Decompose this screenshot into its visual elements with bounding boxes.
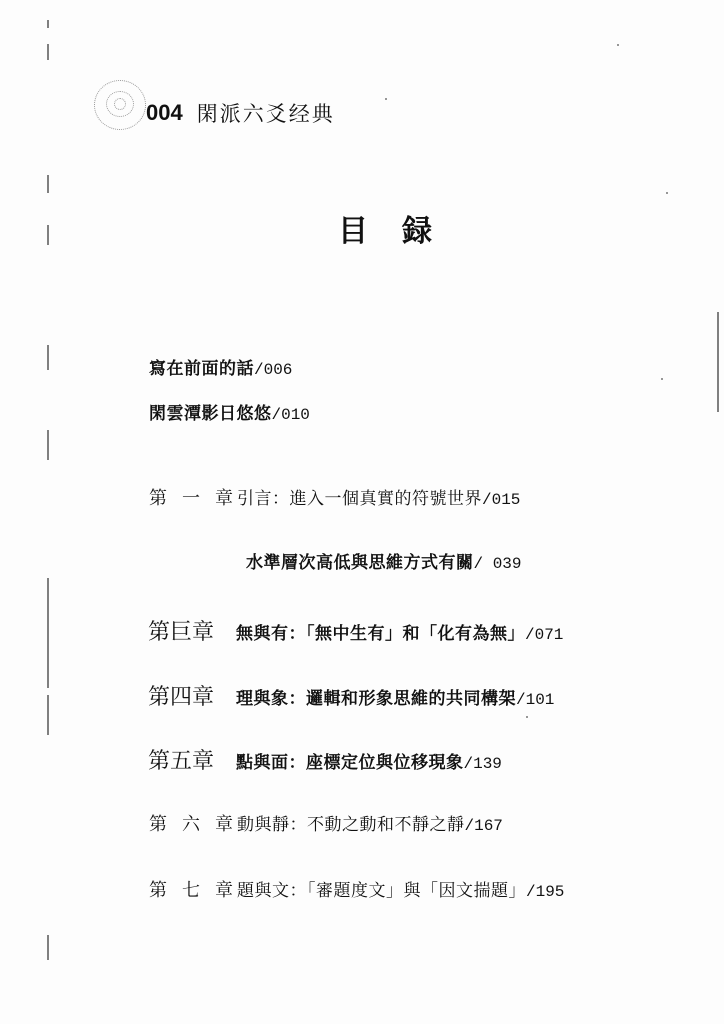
toc-entry-chapter-5[interactable]: 第五章 點與面：座標定位與位移現象 /139 xyxy=(148,744,502,775)
chapter-title: 點與面：座標定位與位移現象 xyxy=(236,748,464,773)
chapter-title: 引言：進入一個真實的符號世界 xyxy=(237,484,482,509)
entry-page: /015 xyxy=(482,491,520,509)
entry-page: /006 xyxy=(254,361,292,379)
chapter-number: 第巨章 xyxy=(148,615,236,646)
chapter-title: 題與文：「審題度文」與「因文揣題」 xyxy=(237,876,526,901)
scanned-page: 004 閑派六爻经典 目 録 寫在前面的話 /006 閑雲潭影日悠悠 /010 … xyxy=(0,0,724,1024)
chapter-number: 第五章 xyxy=(148,744,236,775)
scan-artifact-line xyxy=(47,430,49,460)
toc-entry-chapter-1[interactable]: 第 一 章 引言：進入一個真實的符號世界 /015 xyxy=(149,484,520,510)
entry-title: 閑雲潭影日悠悠 xyxy=(149,399,272,424)
chapter-number: 第四章 xyxy=(148,680,236,711)
toc-entry-front-matter[interactable]: 閑雲潭影日悠悠 /010 xyxy=(149,399,310,424)
scan-artifact-line xyxy=(47,935,49,960)
toc-title-char: 目 xyxy=(338,206,368,250)
entry-page: /167 xyxy=(465,817,503,835)
scan-artifact-line xyxy=(47,345,49,370)
scan-speck xyxy=(666,192,668,194)
toc-entry-chapter-6[interactable]: 第 六 章 動與靜：不動之動和不靜之靜 /167 xyxy=(149,810,503,836)
toc-entry-chapter-7[interactable]: 第 七 章 題與文：「審題度文」與「因文揣題」 /195 xyxy=(149,876,564,902)
toc-entry-chapter-2[interactable]: 水準層次高低與思維方式有關 / 039 xyxy=(246,548,522,573)
chapter-title: 無與有：「無中生有」和「化有為無」 xyxy=(236,619,525,644)
scan-artifact-line xyxy=(47,225,49,245)
toc-entry-chapter-4[interactable]: 第四章 理與象：邏輯和形象思維的共同構架 /101 xyxy=(148,680,554,711)
toc-title-char: 録 xyxy=(402,206,432,250)
scan-artifact-line xyxy=(47,578,49,688)
chapter-number: 第 七 章 xyxy=(149,876,237,902)
seal-stamp-icon xyxy=(92,78,152,134)
scan-artifact-line xyxy=(47,44,49,60)
chapter-number: 第 六 章 xyxy=(149,810,237,836)
entry-page: / 039 xyxy=(474,555,522,573)
toc-entry-front-matter[interactable]: 寫在前面的話 /006 xyxy=(149,354,292,379)
entry-page: /139 xyxy=(464,755,502,773)
chapter-title: 動與靜：不動之動和不靜之靜 xyxy=(237,810,465,835)
book-title: 閑派六爻经典 xyxy=(197,98,335,128)
scan-artifact-line xyxy=(47,695,49,735)
scan-artifact-line xyxy=(47,20,49,28)
entry-page: /195 xyxy=(526,883,564,901)
chapter-title: 水準層次高低與思維方式有關 xyxy=(246,548,474,573)
entry-page: /010 xyxy=(272,406,310,424)
page-header: 004 閑派六爻经典 xyxy=(92,74,335,138)
scan-artifact-line xyxy=(47,175,49,193)
entry-page: /101 xyxy=(516,691,554,709)
entry-page: /071 xyxy=(525,626,563,644)
toc-entry-chapter-3[interactable]: 第巨章 無與有：「無中生有」和「化有為無」 /071 xyxy=(148,615,563,646)
scan-speck xyxy=(661,378,663,380)
scan-artifact-line xyxy=(717,312,719,412)
chapter-title: 理與象：邏輯和形象思維的共同構架 xyxy=(236,684,516,709)
toc-title: 目 録 xyxy=(338,206,432,250)
entry-title: 寫在前面的話 xyxy=(149,354,254,379)
scan-speck xyxy=(526,716,528,718)
scan-speck xyxy=(617,44,619,46)
chapter-number: 第 一 章 xyxy=(149,484,237,510)
scan-speck xyxy=(385,98,387,100)
